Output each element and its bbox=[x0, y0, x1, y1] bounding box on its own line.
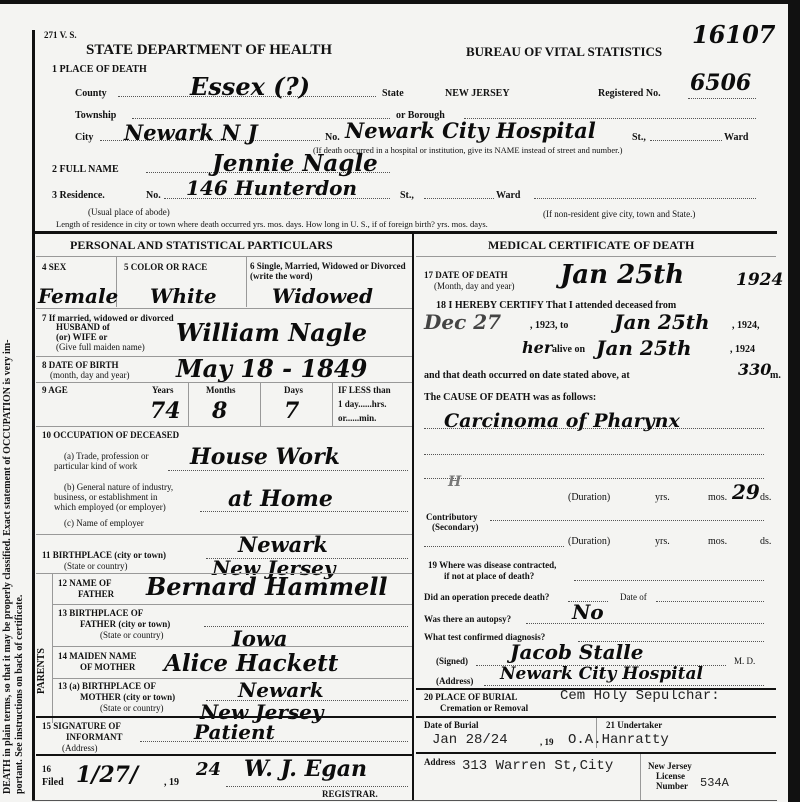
where-contracted-label-2: if not at place of death? bbox=[444, 571, 534, 581]
dod-value: Jan 25th bbox=[560, 260, 684, 290]
alive-year: , 1924 bbox=[730, 344, 755, 355]
registered-no-label: Registered No. bbox=[598, 88, 661, 99]
rule bbox=[416, 256, 776, 257]
rule bbox=[640, 754, 641, 800]
birthplace-sub-label: (State or country) bbox=[64, 561, 127, 571]
age-years-value: 74 bbox=[150, 398, 181, 424]
institution-ward-line bbox=[650, 140, 722, 141]
residence-st-label: St., bbox=[400, 190, 414, 201]
rule bbox=[36, 426, 412, 427]
nonresident-note: (If non-resident give city, town and Sta… bbox=[543, 209, 695, 219]
father-label-2: FATHER bbox=[78, 589, 114, 599]
age-months-value: 8 bbox=[212, 398, 227, 424]
spouse-value: William Nagle bbox=[176, 318, 367, 347]
rule-heavy bbox=[36, 716, 412, 718]
father-label-1: 12 NAME OF bbox=[58, 578, 112, 588]
ds-label: ds. bbox=[760, 492, 771, 503]
race-value: White bbox=[150, 284, 217, 308]
license-label-1: New Jersey bbox=[648, 761, 692, 771]
employer-label: (c) Name of employer bbox=[64, 518, 144, 528]
mother-bp-city-value: Newark bbox=[238, 678, 324, 702]
sex-label: 4 SEX bbox=[42, 262, 66, 272]
rule bbox=[52, 573, 53, 723]
months-label: Months bbox=[206, 385, 236, 395]
residence-no-label: No. bbox=[146, 190, 161, 201]
md-label: M. D. bbox=[734, 656, 755, 666]
bureau-title: BUREAU OF VITAL STATISTICS bbox=[466, 44, 662, 60]
filed-label: Filed bbox=[42, 777, 64, 788]
marital-value: Widowed bbox=[272, 284, 373, 308]
registrar-line bbox=[226, 786, 408, 787]
attended-to-value: Jan 25th bbox=[614, 310, 710, 334]
residence-label: 3 Residence. bbox=[52, 190, 105, 201]
date-of-label: Date of bbox=[620, 592, 647, 602]
undertaker-label: 21 Undertaker bbox=[606, 720, 662, 730]
undertaker-address-value: 313 Warren St,City bbox=[462, 758, 613, 774]
full-name-label: 2 FULL NAME bbox=[52, 164, 119, 175]
undertaker-value: O.A.Hanratty bbox=[568, 732, 669, 748]
where-contracted-line bbox=[574, 580, 764, 581]
rule-heavy bbox=[416, 752, 776, 754]
attended-from-value: Dec 27 bbox=[424, 310, 501, 334]
county-value: Essex (?) bbox=[190, 72, 310, 101]
race-label: 5 COLOR OR RACE bbox=[124, 262, 207, 272]
age-label: 9 AGE bbox=[42, 385, 68, 395]
death-occurred-text: and that death occurred on date stated a… bbox=[424, 370, 630, 381]
rule bbox=[260, 383, 261, 427]
filed-year-value: 24 bbox=[196, 759, 221, 780]
physician-address-label: (Address) bbox=[436, 676, 473, 686]
residence-value: 146 Hunterdon bbox=[186, 176, 357, 200]
cause-line-3 bbox=[424, 478, 764, 479]
registered-no-value: 6506 bbox=[690, 70, 751, 96]
dob-value: May 18 - 1849 bbox=[176, 354, 367, 383]
occ-a-line bbox=[168, 470, 408, 471]
spouse-label-3: (or) WIFE or bbox=[56, 332, 107, 342]
cause-line-2 bbox=[424, 454, 764, 455]
days-label: Days bbox=[284, 385, 303, 395]
yrs-label-2: yrs. bbox=[655, 536, 670, 547]
filed-year-prefix: , 19 bbox=[164, 777, 179, 788]
state-label: State bbox=[382, 88, 404, 99]
rule bbox=[36, 382, 412, 383]
occ-a-label-1: (a) Trade, profession or bbox=[64, 451, 149, 461]
spouse-label-4: (Give full maiden name) bbox=[56, 342, 145, 352]
medical-section-title: MEDICAL CERTIFICATE OF DEATH bbox=[488, 238, 694, 253]
license-label-3: Number bbox=[656, 781, 688, 791]
margin-line-2: portant. See instructions on back of cer… bbox=[14, 14, 26, 794]
physician-address-line bbox=[484, 685, 764, 686]
filed-date-value: 1/27/ bbox=[76, 762, 138, 788]
dept-title: STATE DEPARTMENT OF HEALTH bbox=[86, 42, 332, 59]
rule bbox=[332, 383, 333, 427]
township-label: Township bbox=[75, 110, 116, 121]
burial-place-label: 20 PLACE OF BURIAL bbox=[424, 692, 517, 702]
license-number-value: 534A bbox=[700, 776, 729, 790]
attended-from-year: , 1923, to bbox=[530, 320, 568, 331]
residence-st-line bbox=[424, 198, 494, 199]
place-of-death-label: 1 PLACE OF DEATH bbox=[52, 64, 147, 75]
informant-label-2: INFORMANT bbox=[66, 732, 123, 742]
father-name-value: Bernard Hammell bbox=[146, 572, 388, 601]
rule-bottom bbox=[32, 800, 777, 801]
no-label: No. bbox=[325, 132, 340, 143]
contributory-line bbox=[490, 520, 764, 521]
mother-bp-label-3: (State or country) bbox=[100, 703, 163, 713]
dob-label: 8 DATE OF BIRTH bbox=[42, 360, 118, 370]
alive-label: alive on bbox=[552, 344, 585, 355]
abode-note: (Usual place of abode) bbox=[88, 207, 170, 217]
yrs-label: yrs. bbox=[655, 492, 670, 503]
file-number: 16107 bbox=[692, 20, 776, 49]
informant-value: Patient bbox=[194, 720, 275, 744]
rule bbox=[52, 604, 412, 605]
mother-name-value: Alice Hackett bbox=[164, 650, 338, 677]
physician-signature: Jacob Stalle bbox=[510, 640, 643, 664]
hours-label: 1 day......hrs. bbox=[338, 399, 387, 409]
duration-label-2: (Duration) bbox=[568, 536, 610, 547]
city-value: Newark N J bbox=[124, 120, 258, 145]
autopsy-label: Was there an autopsy? bbox=[424, 614, 511, 624]
dod-label: 17 DATE OF DEATH bbox=[424, 270, 508, 280]
rule bbox=[36, 256, 412, 257]
mos-label: mos. bbox=[708, 492, 727, 503]
dob-sub-label: (month, day and year) bbox=[50, 370, 129, 380]
ward-label: Ward bbox=[724, 132, 748, 143]
scan-right-edge bbox=[788, 0, 800, 802]
years-label: Years bbox=[152, 385, 174, 395]
city-label: City bbox=[75, 132, 93, 143]
form-number: 271 V. S. bbox=[44, 30, 77, 40]
mos-label-2: mos. bbox=[708, 536, 727, 547]
industry-value: at Home bbox=[228, 486, 333, 512]
occupation-label: 10 OCCUPATION OF DECEASED bbox=[42, 430, 179, 440]
age-days-value: 7 bbox=[284, 398, 299, 424]
parents-label: PARENTS bbox=[36, 648, 47, 694]
death-certificate: DEATH in plain terms, so that it may be … bbox=[0, 4, 790, 802]
state-value: NEW JERSEY bbox=[445, 88, 510, 99]
st-label: St., bbox=[632, 132, 646, 143]
cremation-label: Cremation or Removal bbox=[440, 703, 528, 713]
occ-a-label-2: particular kind of work bbox=[54, 461, 137, 471]
occ-b-label-1: (b) General nature of industry, bbox=[64, 482, 173, 492]
marital-label: 6 Single, Married, Widowed or Divorced (… bbox=[250, 261, 408, 281]
margin-line-1: DEATH in plain terms, so that it may be … bbox=[2, 14, 14, 794]
burial-place-value: Cem Holy Sepulchar: bbox=[560, 688, 720, 704]
secondary-label: (Secondary) bbox=[432, 522, 479, 532]
frame-left bbox=[32, 30, 35, 800]
rule bbox=[246, 257, 247, 307]
personal-section-title: PERSONAL AND STATISTICAL PARTICULARS bbox=[70, 238, 333, 253]
rule bbox=[188, 383, 189, 427]
alive-prefix: her bbox=[522, 338, 552, 357]
burial-date-label: Date of Burial bbox=[424, 720, 479, 730]
birthplace-label: 11 BIRTHPLACE (city or town) bbox=[42, 550, 166, 560]
cause-of-death-value: Carcinoma of Pharynx bbox=[444, 410, 680, 432]
occupation-value: House Work bbox=[190, 444, 340, 470]
physician-address-value: Newark City Hospital bbox=[500, 664, 703, 684]
contributory-label: Contributory bbox=[426, 512, 478, 522]
birthplace-city-value: Newark bbox=[238, 532, 328, 557]
sex-value: Female bbox=[38, 284, 118, 308]
death-time-suffix: m. bbox=[770, 370, 781, 381]
burial-date-suffix: , 19 bbox=[540, 737, 554, 747]
alive-on-value: Jan 25th bbox=[596, 336, 692, 360]
divider-header bbox=[32, 231, 777, 234]
mother-bp-label-1: 13 (a) BIRTHPLACE OF bbox=[58, 681, 156, 691]
full-name-value: Jennie Nagle bbox=[212, 150, 378, 177]
rule bbox=[52, 678, 412, 679]
less-than-label: IF LESS than bbox=[338, 385, 391, 395]
dod-sub-label: (Month, day and year) bbox=[434, 281, 514, 291]
dod-year-value: 1924 bbox=[736, 270, 783, 290]
signed-label: (Signed) bbox=[436, 656, 468, 666]
informant-label-3: (Address) bbox=[62, 743, 98, 753]
autopsy-value: No bbox=[572, 600, 604, 624]
undertaker-address-label: Address bbox=[424, 757, 455, 767]
duration-label: (Duration) bbox=[568, 492, 610, 503]
institution-value: Newark City Hospital bbox=[345, 118, 596, 143]
license-label-2: License bbox=[656, 771, 685, 781]
attended-to-year: , 1924, bbox=[732, 320, 760, 331]
father-bp-label-2: FATHER (city or town) bbox=[80, 619, 170, 629]
residence-ward-label: Ward bbox=[496, 190, 520, 201]
minutes-label: or......min. bbox=[338, 413, 376, 423]
mother-label-2: OF MOTHER bbox=[80, 662, 135, 672]
informant-label-1: 15 SIGNATURE OF bbox=[42, 721, 121, 731]
operation-label: Did an operation precede death? bbox=[424, 592, 549, 602]
filed-number: 16 bbox=[42, 764, 51, 774]
divider-center bbox=[412, 234, 414, 800]
secondary-duration-line bbox=[424, 546, 564, 547]
margin-instructions: DEATH in plain terms, so that it may be … bbox=[2, 14, 26, 794]
mother-bp-label-2: MOTHER (city or town) bbox=[80, 692, 175, 702]
registrar-signature: W. J. Egan bbox=[244, 756, 367, 782]
father-birthplace-value: Iowa bbox=[232, 626, 288, 651]
registered-no-line bbox=[688, 98, 756, 99]
rule bbox=[36, 534, 412, 535]
occ-b-label-3: which employed (or employer) bbox=[54, 502, 166, 512]
mother-label-1: 14 MAIDEN NAME bbox=[58, 651, 137, 661]
death-time-value: 330 bbox=[738, 360, 771, 379]
margin-note: H bbox=[448, 474, 461, 490]
father-bp-label-1: 13 BIRTHPLACE OF bbox=[58, 608, 143, 618]
occ-b-label-2: business, or establishment in bbox=[54, 492, 158, 502]
rule bbox=[52, 646, 412, 647]
where-contracted-label-1: 19 Where was disease contracted, bbox=[428, 560, 556, 570]
rule bbox=[36, 308, 412, 309]
date-of-line bbox=[656, 601, 764, 602]
duration-days-value: 29 bbox=[732, 480, 760, 504]
cause-label: The CAUSE OF DEATH was as follows: bbox=[424, 392, 596, 403]
county-label: County bbox=[75, 88, 107, 99]
father-bp-label-3: (State or country) bbox=[100, 630, 163, 640]
length-of-residence: Length of residence in city or town wher… bbox=[56, 219, 488, 229]
burial-date-value: Jan 28/24 bbox=[432, 732, 508, 748]
autopsy-line bbox=[526, 623, 764, 624]
ds-label-2: ds. bbox=[760, 536, 771, 547]
spouse-label-2: HUSBAND of bbox=[56, 322, 110, 332]
registrar-label: REGISTRAR. bbox=[322, 789, 378, 799]
residence-ward-line bbox=[534, 198, 756, 199]
